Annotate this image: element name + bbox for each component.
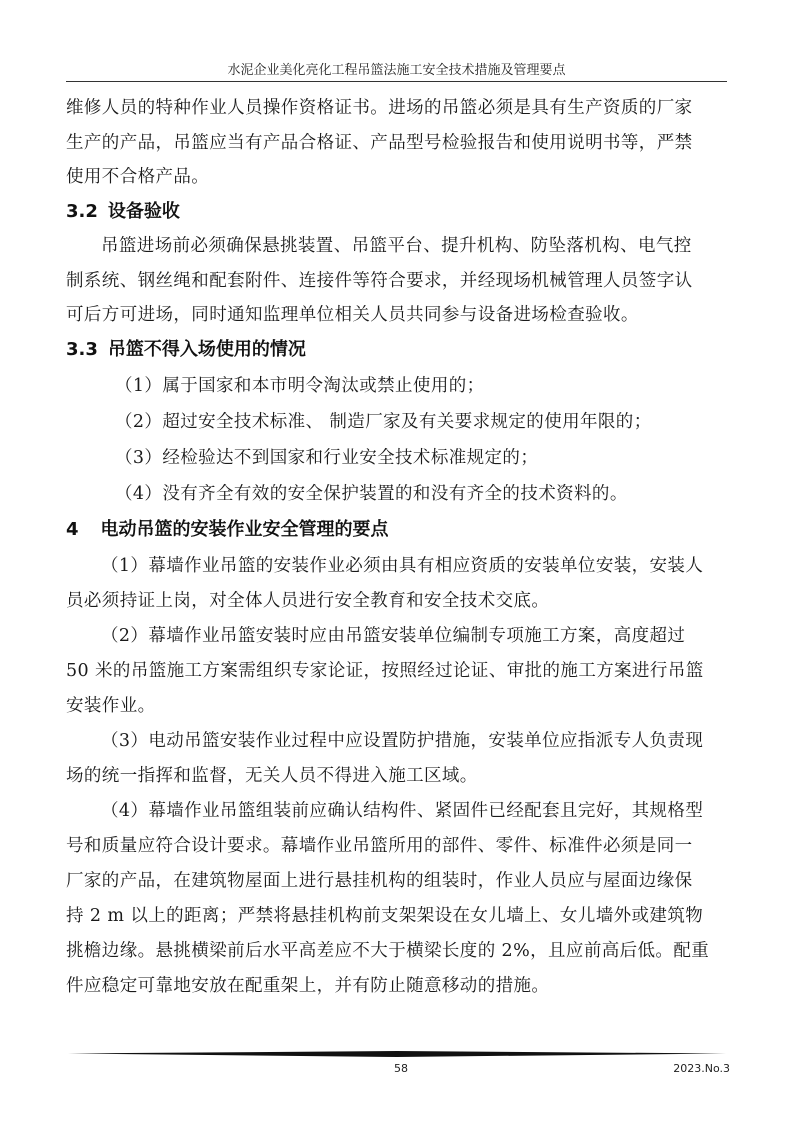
section-number: 3.3: [66, 339, 98, 360]
issue-label: 2023.No.3: [650, 1062, 730, 1075]
list-item: （2）超过安全技术标准、 制造厂家及有关要求规定的使用年限的；: [115, 410, 652, 434]
paragraph-line: 持 2 m 以上的距离；严禁将悬挂机构前支架架设在女儿墙上、女儿墙外或建筑物: [66, 904, 703, 928]
section-title: 设备验收: [108, 201, 180, 222]
paragraph-line: 安装作业。: [66, 694, 156, 718]
paragraph-line: （1）幕墙作业吊篮的安装作业必须由具有相应资质的安装单位安装，安装人: [101, 554, 703, 578]
section-number: 3.2: [66, 201, 98, 222]
section-number: 4: [66, 519, 79, 540]
list-item: （1）属于国家和本市明令淘汰或禁止使用的；: [115, 374, 485, 398]
section-heading-3-3: 3.3吊篮不得入场使用的情况: [66, 338, 306, 362]
footer-divider: [68, 1051, 726, 1057]
list-item: （3）经检验达不到国家和行业安全技术标准规定的；: [115, 446, 538, 470]
section-title: 电动吊篮的安装作业安全管理的要点: [101, 519, 389, 540]
paragraph-line: 挑檐边缘。悬挑横梁前后水平高差应不大于横梁长度的 2%，且应前高后低。配重: [66, 939, 709, 963]
paragraph-line: 号和质量应符合设计要求。幕墙作业吊篮所用的部件、零件、标准件必须是同一: [66, 834, 693, 858]
paragraph-line: 吊篮进场前必须确保悬挑装置、吊篮平台、提升机构、防坠落机构、电气控: [101, 234, 692, 258]
paragraph-line: 生产的产品，吊篮应当有产品合格证、产品型号检验报告和使用说明书等，严禁: [66, 131, 693, 155]
header-divider: [66, 81, 727, 82]
paragraph-line: 可后方可进场，同时通知监理单位相关人员共同参与设备进场检查验收。: [66, 303, 639, 327]
running-header: 水泥企业美化亮化工程吊篮法施工安全技术措施及管理要点: [66, 62, 727, 82]
paragraph-line: 场的统一指挥和监督，无关人员不得进入施工区域。: [66, 764, 478, 788]
paragraph-line: 制系统、钢丝绳和配套附件、连接件等符合要求，并经现场机械管理人员签字认: [66, 269, 693, 293]
paragraph-line: 件应稳定可靠地安放在配重架上，并有防止随意移动的措施。: [66, 974, 549, 998]
section-heading-4: 4电动吊篮的安装作业安全管理的要点: [66, 518, 389, 542]
paragraph-line: （2）幕墙作业吊篮安装时应由吊篮安装单位编制专项施工方案，高度超过: [101, 624, 685, 648]
paragraph-line: 维修人员的特种作业人员操作资格证书。进场的吊篮必须是具有生产资质的厂家: [66, 96, 693, 120]
paragraph-line: 厂家的产品，在建筑物屋面上进行悬挂机构的组装时，作业人员应与屋面边缘保: [66, 869, 693, 893]
section-title: 吊篮不得入场使用的情况: [108, 339, 306, 360]
list-item: （4）没有齐全有效的安全保护装置的和没有齐全的技术资料的。: [115, 482, 628, 506]
paragraph-line: （4）幕墙作业吊篮组装前应确认结构件、紧固件已经配套且完好，其规格型: [101, 799, 703, 823]
paragraph-line: 50 米的吊篮施工方案需组织专家论证，按照经过论证、审批的施工方案进行吊篮: [66, 659, 704, 683]
section-heading-3-2: 3.2设备验收: [66, 200, 180, 224]
paragraph-line: 员必须持证上岗，对全体人员进行安全教育和安全技术交底。: [66, 589, 549, 613]
page-number: 58: [389, 1062, 413, 1075]
paragraph-line: 使用不合格产品。: [66, 165, 209, 189]
paragraph-line: （3）电动吊篮安装作业过程中应设置防护措施，安装单位应指派专人负责现: [101, 729, 703, 753]
